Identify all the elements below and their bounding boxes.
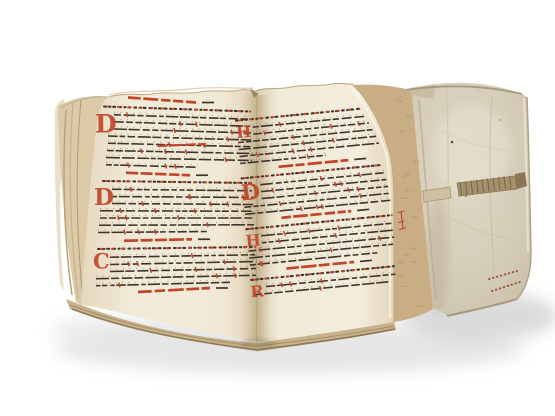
- manuscript-photograph: DDC HDHR: [0, 0, 555, 416]
- photo-canvas: DDC HDHR: [0, 0, 555, 416]
- illuminated-initial-C: C: [93, 248, 110, 273]
- illuminated-initial-R: R: [250, 281, 266, 301]
- illuminated-initial-D: D: [94, 184, 114, 211]
- rubric-tail-word: [354, 158, 366, 159]
- left-text-line: [98, 232, 208, 233]
- strap-end-nub: [515, 172, 527, 189]
- rubric-tail-word: [357, 209, 369, 210]
- illuminated-initial-H: H: [245, 230, 262, 250]
- illuminated-initial-H: H: [235, 122, 252, 142]
- illuminated-initial-D: D: [240, 179, 261, 207]
- rubric-tail-word: [360, 260, 372, 261]
- illuminated-initial-D: D: [95, 110, 117, 139]
- left-rubric-line: [124, 239, 192, 241]
- right-page: [255, 83, 394, 342]
